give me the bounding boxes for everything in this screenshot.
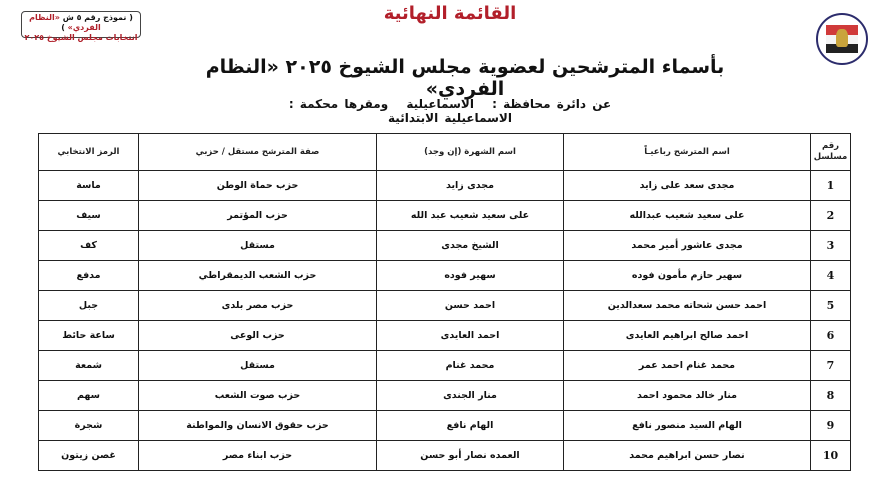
- cell-serial: 1: [811, 171, 851, 201]
- table-row: 8 منار خالد محمود احمد منار الجندى حزب ص…: [39, 381, 851, 411]
- header-serial: رقم مسلسل: [811, 134, 851, 171]
- table-row: 7 محمد غنام احمد عمر محمد غنام مستقل شمع…: [39, 351, 851, 381]
- cell-affiliation: حزب صوت الشعب: [139, 381, 377, 411]
- cell-symbol: شجرة: [39, 411, 139, 441]
- table-row: 2 على سعيد شعيب عبدالله على سعيد شعيب عب…: [39, 201, 851, 231]
- constituency-line: عن دائرة محافظة : الاسماعيلية ومقرها محك…: [250, 97, 650, 125]
- table-row: 9 الهام السيد منصور نافع الهام نافع حزب …: [39, 411, 851, 441]
- table-header-row: رقم مسلسل اسم المترشح رباعيـاً اسم الشهر…: [39, 134, 851, 171]
- cell-name: محمد غنام احمد عمر: [564, 351, 811, 381]
- cell-nickname: على سعيد شعيب عبد الله: [377, 201, 564, 231]
- cell-symbol: ساعة حائط: [39, 321, 139, 351]
- cell-nickname: احمد حسن: [377, 291, 564, 321]
- cell-nickname: العمده نصار أبو حسن: [377, 441, 564, 471]
- form-number-line1: ( نموذج رقم ٥ ش «النظام الفردي» ): [22, 13, 140, 33]
- cell-name: سهير حازم مأمون فوده: [564, 261, 811, 291]
- election-name: انتخابات مجلس الشيوخ ٢٠٢٥: [22, 33, 140, 43]
- cell-affiliation: حزب ابناء مصر: [139, 441, 377, 471]
- header-name: اسم المترشح رباعيـاً: [564, 134, 811, 171]
- cell-nickname: مجدى زايد: [377, 171, 564, 201]
- cell-serial: 5: [811, 291, 851, 321]
- cell-symbol: غصن زيتون: [39, 441, 139, 471]
- cell-name: مجدى عاشور أمير محمد: [564, 231, 811, 261]
- cell-affiliation: حزب حماة الوطن: [139, 171, 377, 201]
- cell-affiliation: حزب حقوق الانسان والمواطنة: [139, 411, 377, 441]
- cell-serial: 3: [811, 231, 851, 261]
- cell-name: احمد صالح ابراهيم العايدى: [564, 321, 811, 351]
- form-number-box: ( نموذج رقم ٥ ش «النظام الفردي» ) انتخاب…: [21, 11, 141, 38]
- cell-nickname: احمد العايدى: [377, 321, 564, 351]
- constituency-value: الاسماعيلية: [406, 97, 474, 111]
- cell-symbol: كف: [39, 231, 139, 261]
- cell-serial: 4: [811, 261, 851, 291]
- eagle-icon: [836, 29, 848, 47]
- cell-name: مجدى سعد على زايد: [564, 171, 811, 201]
- constituency-label: عن دائرة محافظة :: [492, 97, 611, 111]
- cell-nickname: سهير فوده: [377, 261, 564, 291]
- cell-name: احمد حسن شحاته محمد سعدالدين: [564, 291, 811, 321]
- cell-symbol: سيف: [39, 201, 139, 231]
- cell-symbol: سهم: [39, 381, 139, 411]
- cell-nickname: الشيخ مجدى: [377, 231, 564, 261]
- cell-serial: 9: [811, 411, 851, 441]
- court-value: الاسماعيلية الابتدائية: [388, 111, 512, 125]
- cell-name: نصار حسن ابراهيم محمد: [564, 441, 811, 471]
- cell-serial: 7: [811, 351, 851, 381]
- final-list-title: القائمة النهائية: [340, 3, 560, 24]
- cell-affiliation: حزب المؤتمر: [139, 201, 377, 231]
- candidates-table: رقم مسلسل اسم المترشح رباعيـاً اسم الشهر…: [38, 133, 851, 471]
- table-row: 4 سهير حازم مأمون فوده سهير فوده حزب الش…: [39, 261, 851, 291]
- cell-serial: 8: [811, 381, 851, 411]
- cell-serial: 2: [811, 201, 851, 231]
- table-row: 6 احمد صالح ابراهيم العايدى احمد العايدى…: [39, 321, 851, 351]
- form-number-text: ( نموذج رقم ٥ ش: [60, 13, 133, 22]
- cell-symbol: ماسة: [39, 171, 139, 201]
- cell-name: على سعيد شعيب عبدالله: [564, 201, 811, 231]
- table-row: 5 احمد حسن شحاته محمد سعدالدين احمد حسن …: [39, 291, 851, 321]
- header-symbol: الرمز الانتخابي: [39, 134, 139, 171]
- table-row: 10 نصار حسن ابراهيم محمد العمده نصار أبو…: [39, 441, 851, 471]
- court-label: ومقرها محكمة :: [289, 97, 388, 111]
- cell-affiliation: حزب الشعب الديمقراطي: [139, 261, 377, 291]
- cell-symbol: شمعة: [39, 351, 139, 381]
- cell-nickname: الهام نافع: [377, 411, 564, 441]
- cell-serial: 6: [811, 321, 851, 351]
- cell-affiliation: حزب الوعى: [139, 321, 377, 351]
- cell-nickname: منار الجندى: [377, 381, 564, 411]
- cell-nickname: محمد غنام: [377, 351, 564, 381]
- elections-authority-logo-icon: [816, 13, 868, 65]
- header-nickname: اسم الشهرة (إن وجد): [377, 134, 564, 171]
- cell-name: منار خالد محمود احمد: [564, 381, 811, 411]
- table-row: 3 مجدى عاشور أمير محمد الشيخ مجدى مستقل …: [39, 231, 851, 261]
- table-row: 1 مجدى سعد على زايد مجدى زايد حزب حماة ا…: [39, 171, 851, 201]
- cell-serial: 10: [811, 441, 851, 471]
- cell-affiliation: مستقل: [139, 351, 377, 381]
- cell-affiliation: حزب مصر بلدى: [139, 291, 377, 321]
- cell-symbol: جبل: [39, 291, 139, 321]
- cell-symbol: مدفع: [39, 261, 139, 291]
- page-title: بأسماء المترشحين لعضوية مجلس الشيوخ ٢٠٢٥…: [200, 56, 730, 100]
- header-affiliation: صفة المترشح مستقل / حزبي: [139, 134, 377, 171]
- cell-name: الهام السيد منصور نافع: [564, 411, 811, 441]
- cell-affiliation: مستقل: [139, 231, 377, 261]
